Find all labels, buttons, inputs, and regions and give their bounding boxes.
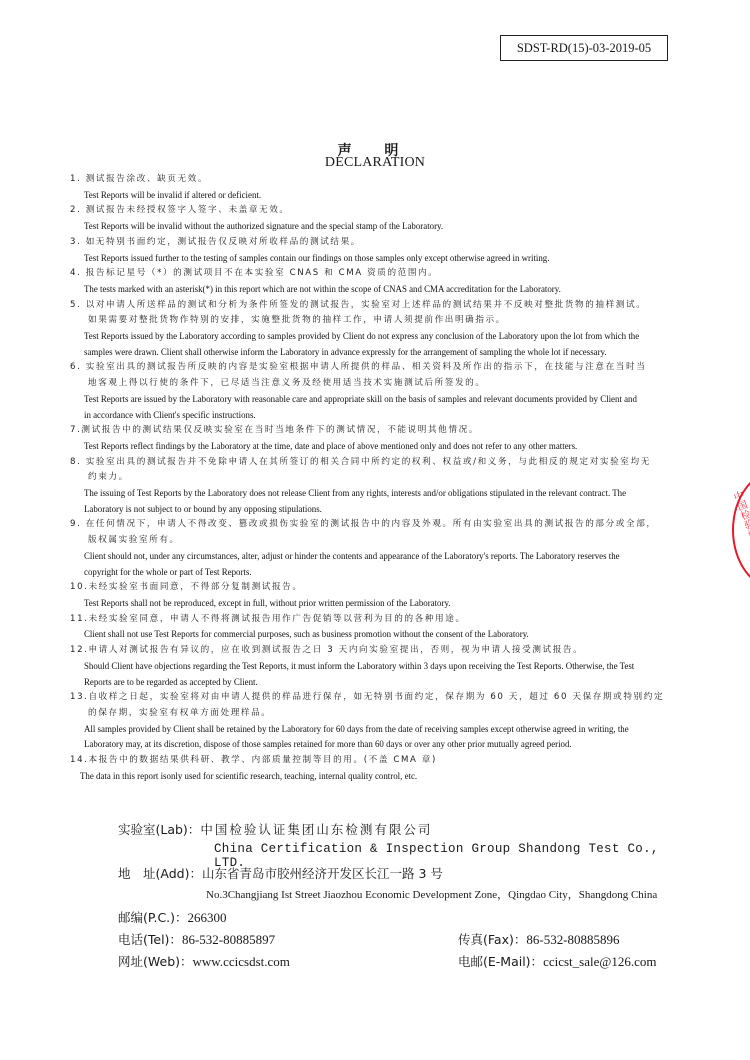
item-5-en-2: samples were drawn. Client shall otherwi… [70, 345, 682, 361]
lab-label: 实验室(Lab)： [118, 822, 200, 837]
declaration-list: 1. 测试报告涂改、缺页无效。 Test Reports will be inv… [70, 172, 682, 784]
email-value[interactable]: ccicst_sale@126.com [543, 954, 656, 969]
tel-fax-row: 电话(Tel)：86-532-80885897 传真(Fax)：86-532-8… [118, 930, 678, 952]
declaration-item-9: 9. 在任何情况下，申请人不得改变、篡改或损伤实验室的测试报告中的内容及外观。所… [70, 517, 682, 580]
item-11-cn: 11.未经实验室同意，申请人不得将测试报告用作广告促销等以营利为目的的各种用途。 [70, 612, 682, 628]
item-2-cn: 2. 测试报告未经授权签字人签字、未盖章无效。 [70, 203, 682, 219]
item-6-cn-1: 6. 实验室出具的测试报告所反映的内容是实验室根据申请人所提供的样品、相关资料及… [70, 360, 682, 376]
item-2-en: Test Reports will be invalid without the… [70, 219, 682, 235]
item-9-en-1: Client should not, under any circumstanc… [70, 549, 682, 565]
item-5-en-1: Test Reports issued by the Laboratory ac… [70, 329, 682, 345]
item-1-cn: 1. 测试报告涂改、缺页无效。 [70, 172, 682, 188]
item-5-cn-1: 5. 以对申请人所送样品的测试和分析为条件所签发的测试报告，实验室对上述样品的测… [70, 298, 682, 314]
item-12-en-1: Should Client have objections regarding … [70, 659, 682, 675]
web-email-row: 网址(Web)：www.ccicsdst.com 电邮(E-Mail)：ccic… [118, 952, 678, 974]
item-9-en-2: copyright for the whole or part of Test … [70, 565, 682, 581]
item-7-cn: 7.测试报告中的测试结果仅反映实验室在当时当地条件下的测试情况，不能说明其他情况… [70, 423, 682, 439]
declaration-item-7: 7.测试报告中的测试结果仅反映实验室在当时当地条件下的测试情况，不能说明其他情况… [70, 423, 682, 454]
email-label: 电邮(E-Mail)： [458, 954, 543, 969]
item-3-cn: 3. 如无特别书面约定，测试报告仅反映对所收样品的测试结果。 [70, 235, 682, 251]
item-12-cn: 12.申请人对测试报告有异议的，应在收到测试报告之日 3 天内向实验室提出，否则… [70, 643, 682, 659]
declaration-item-5: 5. 以对申请人所送样品的测试和分析为条件所签发的测试报告，实验室对上述样品的测… [70, 298, 682, 361]
tel-label: 电话(Tel)： [118, 932, 182, 947]
title-english: DECLARATION [0, 155, 750, 171]
item-13-en-1: All samples provided by Client shall be … [70, 722, 682, 738]
item-6-cn-2: 地客观上得以行使的条件下，已尽适当注意义务及经使用适当技术实施测试后所签发的。 [70, 376, 682, 392]
item-11-en: Client shall not use Test Reports for co… [70, 627, 682, 643]
item-3-en: Test Reports issued further to the testi… [70, 251, 682, 267]
item-6-en-2: in accordance with Client's specific ins… [70, 408, 682, 424]
address-cn: 山东省青岛市胶州经济开发区长江一路 3 号 [202, 866, 443, 881]
item-8-en-2: Laboratory is not subject to or bound by… [70, 502, 682, 518]
declaration-item-6: 6. 实验室出具的测试报告所反映的内容是实验室根据申请人所提供的样品、相关资料及… [70, 360, 682, 423]
document-id: SDST-RD(15)-03-2019-05 [517, 41, 651, 55]
item-8-cn-2: 约束力。 [70, 470, 682, 486]
address-label: 地 址(Add)： [118, 866, 202, 881]
item-10-en: Test Reports shall not be reproduced, ex… [70, 596, 682, 612]
declaration-item-8: 8. 实验室出具的测试报告并不免除申请人在其所签订的相关合同中所约定的权利、权益… [70, 455, 682, 518]
fax-label: 传真(Fax)： [458, 932, 526, 947]
item-8-en-1: The issuing of Test Reports by the Labor… [70, 486, 682, 502]
address-en-row: No.3Changjiang Ist Street Jiaozhou Econo… [118, 886, 678, 908]
lab-row: 实验室(Lab)：中国检验认证集团山东检测有限公司 [118, 820, 678, 842]
lab-en-row: China Certification & Inspection Group S… [118, 842, 678, 864]
item-4-en: The tests marked with an asterisk(*) in … [70, 282, 682, 298]
web-label: 网址(Web)： [118, 954, 193, 969]
item-13-cn-2: 的保存期，实验室有权单方面处理样品。 [70, 706, 682, 722]
item-13-cn-1: 13.自收样之日起，实验室将对由申请人提供的样品进行保存，如无特别书面约定，保存… [70, 690, 682, 706]
item-12-en-2: Reports are to be regarded as accepted b… [70, 675, 682, 691]
item-14-cn: 14.本报告中的数据结果供科研、教学、内部质量控制等目的用。(不盖 CMA 章) [70, 753, 682, 769]
address-en: No.3Changjiang Ist Street Jiaozhou Econo… [206, 886, 657, 902]
item-1-en: Test Reports will be invalid if altered … [70, 188, 682, 204]
declaration-item-4: 4. 报告标记星号（*）的测试项目不在本实验室 CNAS 和 CMA 资质的范围… [70, 266, 682, 297]
address-row: 地 址(Add)：山东省青岛市胶州经济开发区长江一路 3 号 [118, 864, 678, 886]
declaration-item-14: 14.本报告中的数据结果供科研、教学、内部质量控制等目的用。(不盖 CMA 章)… [70, 753, 682, 784]
tel-value: 86-532-80885897 [182, 932, 275, 947]
item-7-en: Test Reports reflect findings by the Lab… [70, 439, 682, 455]
postcode-row: 邮编(P.C.)：266300 [118, 908, 678, 930]
item-9-cn-2: 版权属实验室所有。 [70, 533, 682, 549]
document-id-box: SDST-RD(15)-03-2019-05 [500, 35, 668, 61]
lab-contact-info: 实验室(Lab)：中国检验认证集团山东检测有限公司 China Certific… [118, 820, 678, 974]
declaration-item-1: 1. 测试报告涂改、缺页无效。 Test Reports will be inv… [70, 172, 682, 203]
item-5-cn-2: 如果需要对整批货物作特别的安排，实施整批货物的抽样工作，申请人须提前作出明确指示… [70, 313, 682, 329]
item-4-cn: 4. 报告标记星号（*）的测试项目不在本实验室 CNAS 和 CMA 资质的范围… [70, 266, 682, 282]
declaration-item-12: 12.申请人对测试报告有异议的，应在收到测试报告之日 3 天内向实验室提出，否则… [70, 643, 682, 690]
declaration-item-2: 2. 测试报告未经授权签字人签字、未盖章无效。 Test Reports wil… [70, 203, 682, 234]
declaration-item-13: 13.自收样之日起，实验室将对由申请人提供的样品进行保存，如无特别书面约定，保存… [70, 690, 682, 753]
item-13-en-2: Laboratory may, at its discretion, dispo… [70, 737, 682, 753]
declaration-item-11: 11.未经实验室同意，申请人不得将测试报告用作广告促销等以营利为目的的各种用途。… [70, 612, 682, 643]
item-14-en: The data in this report isonly used for … [70, 769, 682, 785]
fax-value: 86-532-80885896 [526, 932, 619, 947]
item-6-en-1: Test Reports are issued by the Laborator… [70, 392, 682, 408]
lab-name-cn: 中国检验认证集团山东检测有限公司 [200, 822, 432, 837]
item-8-cn-1: 8. 实验室出具的测试报告并不免除申请人在其所签订的相关合同中所约定的权利、权益… [70, 455, 682, 471]
declaration-item-10: 10.未经实验室书面同意，不得部分复制测试报告。 Test Reports sh… [70, 580, 682, 611]
item-10-cn: 10.未经实验室书面同意，不得部分复制测试报告。 [70, 580, 682, 596]
item-9-cn-1: 9. 在任何情况下，申请人不得改变、篡改或损伤实验室的测试报告中的内容及外观。所… [70, 517, 682, 533]
web-value[interactable]: www.ccicsdst.com [193, 954, 290, 969]
postcode-value: 266300 [188, 910, 227, 925]
postcode-label: 邮编(P.C.)： [118, 910, 188, 925]
declaration-item-3: 3. 如无特别书面约定，测试报告仅反映对所收样品的测试结果。 Test Repo… [70, 235, 682, 266]
